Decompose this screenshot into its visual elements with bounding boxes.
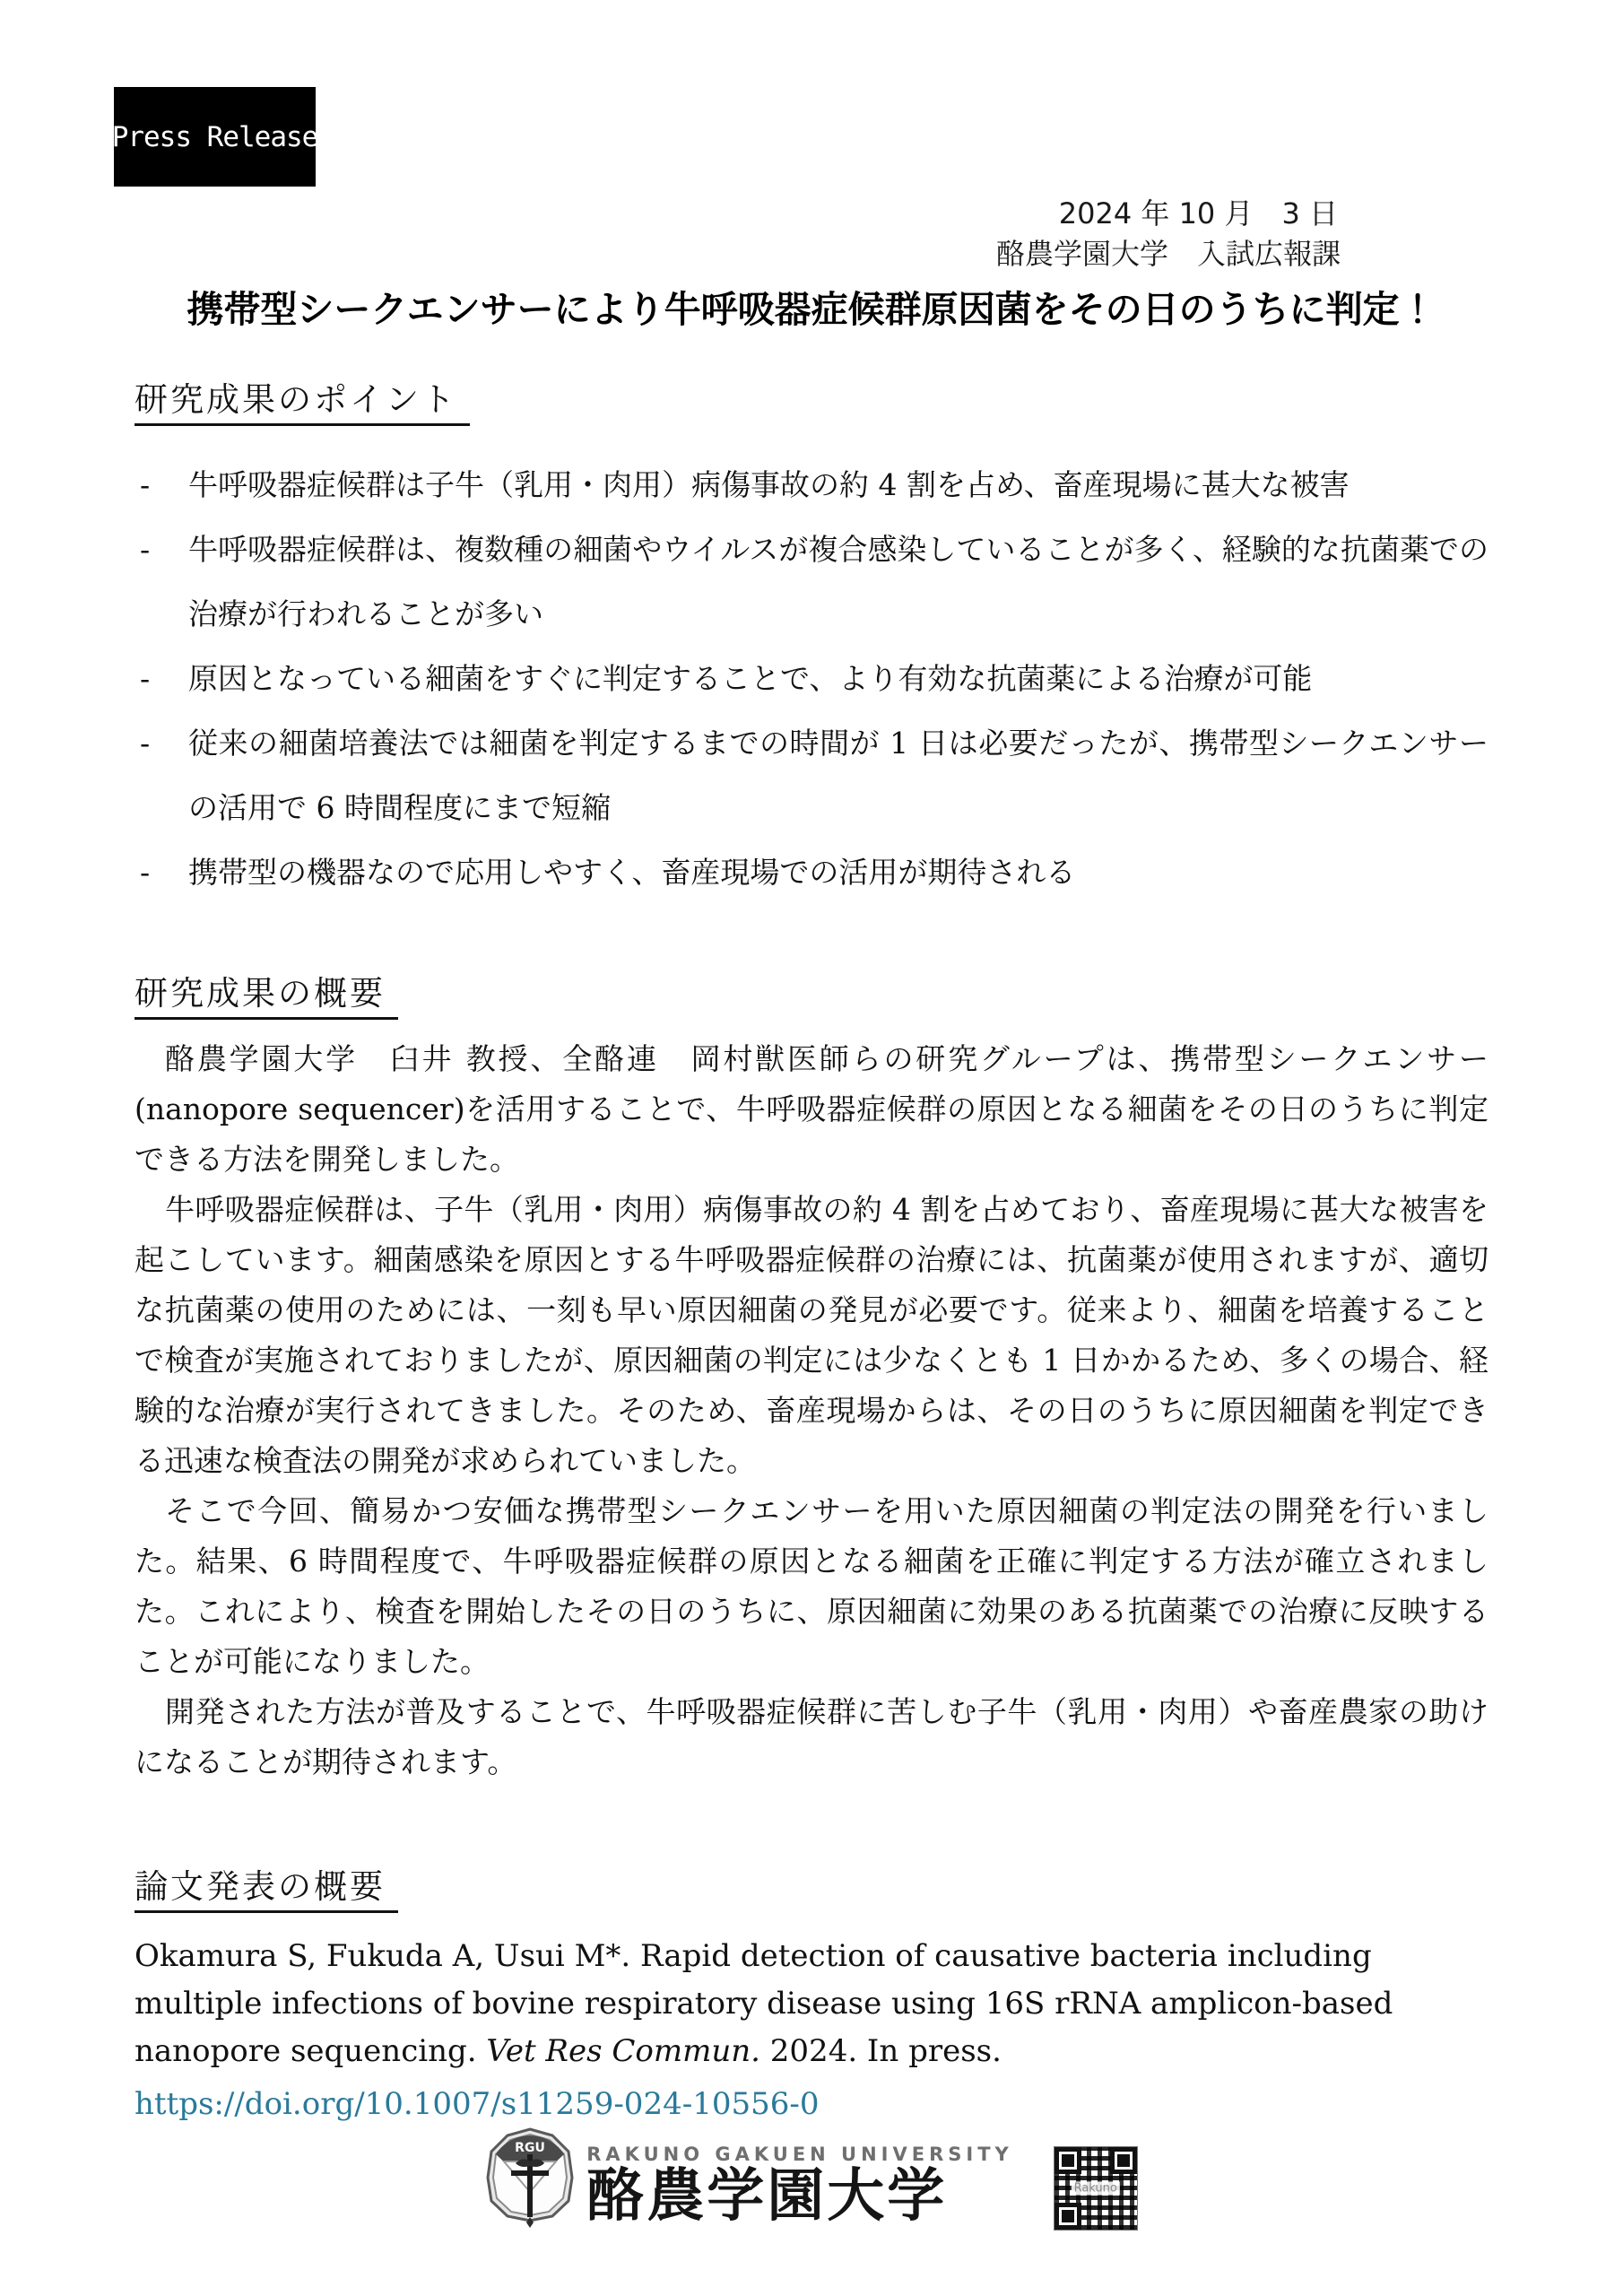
research-summary-body: 酪農学園大学 臼井 教授、全酪連 岡村獣医師らの研究グループは、携帯型シークエン… <box>135 1034 1488 1787</box>
bullet-text: 従来の細菌培養法では細菌を判定するまでの時間が 1 日は必要だったが、携帯型シー… <box>188 726 1488 825</box>
doi-link[interactable]: https://doi.org/10.1007/s11259-024-10556… <box>135 2081 819 2128</box>
summary-paragraph: 酪農学園大学 臼井 教授、全酪連 岡村獣医師らの研究グループは、携帯型シークエン… <box>135 1034 1488 1185</box>
bullet-text: 携帯型の機器なので応用しやすく、畜産現場での活用が期待される <box>188 855 1075 890</box>
publication-heading: 論文発表の概要 <box>135 1867 398 1913</box>
university-crest-icon: RGU <box>486 2127 574 2228</box>
summary-paragraph: 牛呼吸器症候群は、子牛（乳用・肉用）病傷事故の約 4 割を占めており、畜産現場に… <box>135 1185 1488 1486</box>
research-points-heading: 研究成果のポイント <box>135 380 470 426</box>
university-logotype: RAKUNO GAKUEN UNIVERSITY 酪農学園大学 <box>586 2127 1012 2228</box>
qr-code: Rakuno <box>1055 2147 1137 2230</box>
list-item: - 牛呼吸器症候群は子牛（乳用・肉用）病傷事故の約 4 割を占め、畜産現場に甚大… <box>135 453 1488 517</box>
qr-center-label: Rakuno <box>1072 2182 1120 2196</box>
list-item: - 従来の細菌培養法では細菌を判定するまでの時間が 1 日は必要だったが、携帯型… <box>135 711 1488 840</box>
citation-journal-name: Vet Res Commun. <box>486 2033 760 2069</box>
bullet-text: 原因となっている細菌をすぐに判定することで、より有効な抗菌薬による治療が可能 <box>188 661 1312 696</box>
section-research-summary: 研究成果の概要 酪農学園大学 臼井 教授、全酪連 岡村獣医師らの研究グループは、… <box>135 974 1488 1787</box>
section-research-points: 研究成果のポイント - 牛呼吸器症候群は子牛（乳用・肉用）病傷事故の約 4 割を… <box>135 380 1488 905</box>
list-item: - 原因となっている細菌をすぐに判定することで、より有効な抗菌薬による治療が可能 <box>135 647 1488 711</box>
bullet-dash-marker: - <box>140 647 150 711</box>
paper-citation: Okamura S, Fukuda A, Usui M*. Rapid dete… <box>135 1933 1488 2075</box>
university-name-en: RAKUNO GAKUEN UNIVERSITY <box>586 2144 1012 2165</box>
summary-paragraph: そこで今回、簡易かつ安価な携帯型シークエンサーを用いた原因細菌の判定法の開発を行… <box>135 1486 1488 1687</box>
qr-finder-mark <box>1055 2147 1081 2174</box>
issuing-department: 酪農学園大学 入試広報課 <box>0 234 1623 274</box>
list-item: - 携帯型の機器なので応用しやすく、畜産現場での活用が期待される <box>135 840 1488 905</box>
release-date: 2024 年 10 月 3 日 <box>0 194 1623 234</box>
header-meta: 2024 年 10 月 3 日 酪農学園大学 入試広報課 <box>0 194 1623 274</box>
bullet-text: 牛呼吸器症候群は、複数種の細菌やウイルスが複合感染していることが多く、経験的な抗… <box>188 532 1488 631</box>
research-summary-heading: 研究成果の概要 <box>135 974 398 1020</box>
press-release-badge-label: Press Release <box>112 121 318 153</box>
qr-finder-mark <box>1055 2203 1081 2230</box>
bullet-dash-marker: - <box>140 711 150 776</box>
qr-finder-mark <box>1110 2147 1137 2174</box>
citation-year-status: 2024. In press. <box>760 2033 1002 2069</box>
bullet-dash-marker: - <box>140 453 150 517</box>
document-title: 携帯型シークエンサーにより牛呼吸器症候群原因菌をその日のうちに判定！ <box>54 287 1569 332</box>
crest-initials: RGU <box>515 2141 545 2155</box>
university-name-ja: 酪農学園大学 <box>586 2165 1012 2228</box>
summary-paragraph: 開発された方法が普及することで、牛呼吸器症候群に苦しむ子牛（乳用・肉用）や畜産農… <box>135 1687 1488 1787</box>
bullet-text: 牛呼吸器症候群は子牛（乳用・肉用）病傷事故の約 4 割を占め、畜産現場に甚大な被… <box>188 467 1350 502</box>
research-points-list: - 牛呼吸器症候群は子牛（乳用・肉用）病傷事故の約 4 割を占め、畜産現場に甚大… <box>135 453 1488 905</box>
press-release-page: Press Release 2024 年 10 月 3 日 酪農学園大学 入試広… <box>0 0 1623 2296</box>
bullet-dash-marker: - <box>140 840 150 905</box>
bullet-dash-marker: - <box>140 517 150 582</box>
list-item: - 牛呼吸器症候群は、複数種の細菌やウイルスが複合感染していることが多く、経験的… <box>135 517 1488 647</box>
section-publication: 論文発表の概要 Okamura S, Fukuda A, Usui M*. Ra… <box>135 1867 1488 2128</box>
footer-logo-block: RGU RAKUNO GAKUEN UNIVERSITY 酪農学園大学 Raku… <box>0 2127 1623 2230</box>
press-release-badge: Press Release <box>114 87 316 187</box>
